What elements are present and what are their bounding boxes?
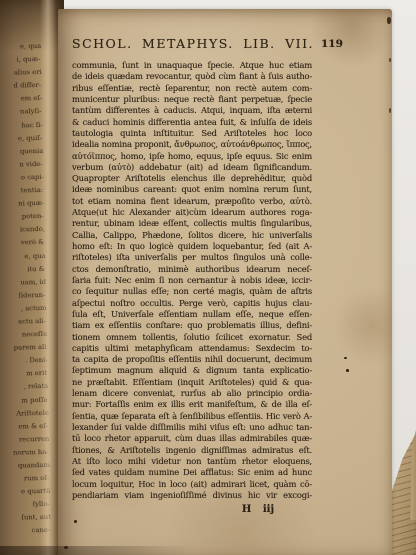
- page-number: 119: [321, 38, 343, 50]
- text-line: Callia, Calippo, Phædone, ſolitos dicere…: [72, 230, 312, 241]
- text-line: rentur, ubinam ideæ eſſent, collectis mu…: [72, 218, 312, 229]
- text-fragment: m erit: [7, 367, 47, 381]
- text-line: lenam dicere conveniat, rurſus ab alio p…: [72, 388, 312, 399]
- text-line: ſentia, quæ ſeparata eſt à ſenſibilibus …: [72, 411, 312, 422]
- text-fragment: e, qua: [5, 249, 45, 263]
- running-header: SCHOL. METAPHYS. LIB. VII. 119: [72, 36, 312, 51]
- text-line: lexander ſui valde diſſimilis mihi viſus…: [72, 422, 312, 433]
- text-fragment: , relata: [8, 380, 48, 394]
- text-fragment: quenia: [3, 145, 43, 159]
- text-fragment: em eſ-: [2, 92, 42, 106]
- text-line: ſula eſt, Univerſale eſſentiam nullam eſ…: [72, 309, 312, 320]
- text-fragment: neceſſe: [7, 328, 47, 342]
- text-line: municentur pluribus: neque rectè fiant p…: [72, 94, 312, 105]
- text-line: ſed vates quidam numine Dei afflatus: Si…: [72, 467, 312, 478]
- text-block: communia, ſunt in unaquaque ſpecie. Atqu…: [72, 60, 312, 501]
- text-line: & caduci hominis differentia antea fuit,…: [72, 117, 312, 128]
- book-photo: e, quai, quæ-alius erid differ-em eſ-nal…: [0, 0, 416, 555]
- text-fragment: cane-: [10, 524, 50, 538]
- text-line: tantùm differentes à caducis. Atqui, inq…: [72, 105, 312, 116]
- text-fragment: i, quæ-: [0, 53, 40, 67]
- text-fragment: e quartū: [10, 485, 50, 499]
- text-line: idealia nomina proponit, ἄνθρωπος, αὐτοά…: [72, 139, 312, 150]
- text-fragment: ſunt, aut: [11, 511, 51, 525]
- text-line: tautologia quinta inſtituitur. Sed Ariſt…: [72, 128, 312, 139]
- text-line: ribus eſſentiæ, rectè ſeparentur, non re…: [72, 83, 312, 94]
- text-fragment: e, qua: [1, 40, 41, 54]
- text-line: capitis ultimi metaphyſicam attendamus: …: [72, 343, 312, 354]
- text-line: ideæ nominibus careant: quot enim nomina…: [72, 184, 312, 195]
- text-line: ſtiones, & Ariſtotelis ingenio digniſſim…: [72, 445, 312, 456]
- text-line: aſpectui noſtro occultis. Perge verò, ca…: [72, 298, 312, 309]
- text-line: At iſto loco mihi videtur non tantùm rhe…: [72, 456, 312, 467]
- previous-page-text-fragments: e, quai, quæ-alius erid differ-em eſ-nal…: [0, 40, 50, 538]
- text-fragment: n vide-: [2, 158, 42, 172]
- text-line: ſeptimum magnum aliquid & dignum tanta e…: [72, 365, 312, 376]
- previous-page-edge: e, quai, quæ-alius erid differ-em eſ-nal…: [0, 0, 64, 555]
- text-fragment: ſideran-: [5, 289, 45, 303]
- text-fragment: itu &: [5, 263, 45, 277]
- ink-speck: [344, 357, 347, 359]
- text-line: ctos demonſtratio, minimè authoribus ide…: [72, 264, 312, 275]
- text-fragment: verò &: [4, 236, 44, 250]
- ink-speck: [64, 546, 68, 549]
- text-line: αὐτόϊππος, homo, ipſe homo, equus, ipſe …: [72, 151, 312, 162]
- text-line: verbum (αὐτὸ) addebatur (ait) ad ideam ſ…: [72, 162, 312, 173]
- text-line: ſaria fuit: Nec enim ſi non cernantur à …: [72, 275, 312, 286]
- text-line: locum loquitur, Hoc in loco (ait) admira…: [72, 479, 312, 490]
- text-fragment: rum oſ-: [9, 472, 49, 486]
- text-fragment: parem ali: [6, 341, 46, 355]
- text-line: homo eſt: In quo logicè quidem loquebant…: [72, 241, 312, 252]
- text-fragment: nalyſi-: [1, 105, 41, 119]
- ink-speck: [346, 369, 349, 372]
- text-fragment: tentia:: [3, 184, 43, 198]
- text-fragment: o capi-: [4, 171, 44, 185]
- text-line: riſtoteles) iſta univerſalis per multos …: [72, 252, 312, 263]
- text-fragment: uam, id: [6, 276, 46, 290]
- header-title: SCHOL. METAPHYS. LIB. VII.: [72, 36, 314, 51]
- text-fragment: ſyllo-: [10, 498, 50, 512]
- text-fragment: quandam: [10, 459, 50, 473]
- text-fragment: e, quiſ-: [2, 132, 42, 146]
- text-fragment: d differ-: [1, 79, 41, 93]
- text-fragment: recurren: [9, 433, 49, 447]
- text-fragment: ni quæ-: [4, 197, 44, 211]
- text-fragment: em & eſ-: [8, 420, 48, 434]
- text-fragment: m poſſe: [7, 393, 47, 407]
- ink-speck: [389, 108, 391, 113]
- text-line: tū loco rhetor apparuit, cùm duas illas …: [72, 433, 312, 444]
- bottom-shadow: [0, 546, 190, 555]
- text-line: ta capita de propoſitis eſſentiis nihil …: [72, 354, 312, 365]
- text-fragment: Ariſtotele: [9, 407, 49, 421]
- text-line: co ſequitur nullas eſſe; non certé magis…: [72, 286, 312, 297]
- book-page: SCHOL. METAPHYS. LIB. VII. 119 communia,…: [58, 9, 392, 555]
- ink-speck: [389, 58, 391, 62]
- text-line: tiam ex eſſentiis conſtare: quo problema…: [72, 320, 312, 331]
- text-line: mur: Fortaſſis enim ex illis erit manife…: [72, 399, 312, 410]
- text-fragment: icando,: [5, 223, 45, 237]
- text-fragment: alius eri: [2, 66, 42, 80]
- text-line: ne præſtabit. Eſſentiam (inquit Ariſtote…: [72, 377, 312, 388]
- ink-speck: [387, 17, 391, 24]
- text-line: de ideis quædam revocantur, quòd cùm fia…: [72, 71, 312, 82]
- text-fragment: actu ali-: [6, 315, 46, 329]
- text-line: tot etiam nomina fient idearum, præpoſit…: [72, 196, 312, 207]
- ink-speck: [74, 520, 77, 523]
- text-line: Quapropter Ariſtotelis elenchus ille dep…: [72, 173, 312, 184]
- signature-mark: H iij: [138, 504, 378, 515]
- text-fragment: poten-: [4, 210, 44, 224]
- text-line: Atque(ut hic Alexander ait)cùm idearum a…: [72, 207, 312, 218]
- text-fragment: norum ha-: [9, 446, 49, 460]
- text-line: communia, ſunt in unaquaque ſpecie. Atqu…: [72, 60, 312, 71]
- text-fragment: hac ſi-: [3, 119, 43, 133]
- text-line: pendiariam viam ingenioſiſſimé divinus h…: [72, 490, 312, 501]
- text-fragment: . Deni-: [8, 354, 48, 368]
- text-fragment: , actum: [6, 302, 46, 316]
- text-line: tionem omnem tollentis, ſolutio ſcilicet…: [72, 332, 312, 343]
